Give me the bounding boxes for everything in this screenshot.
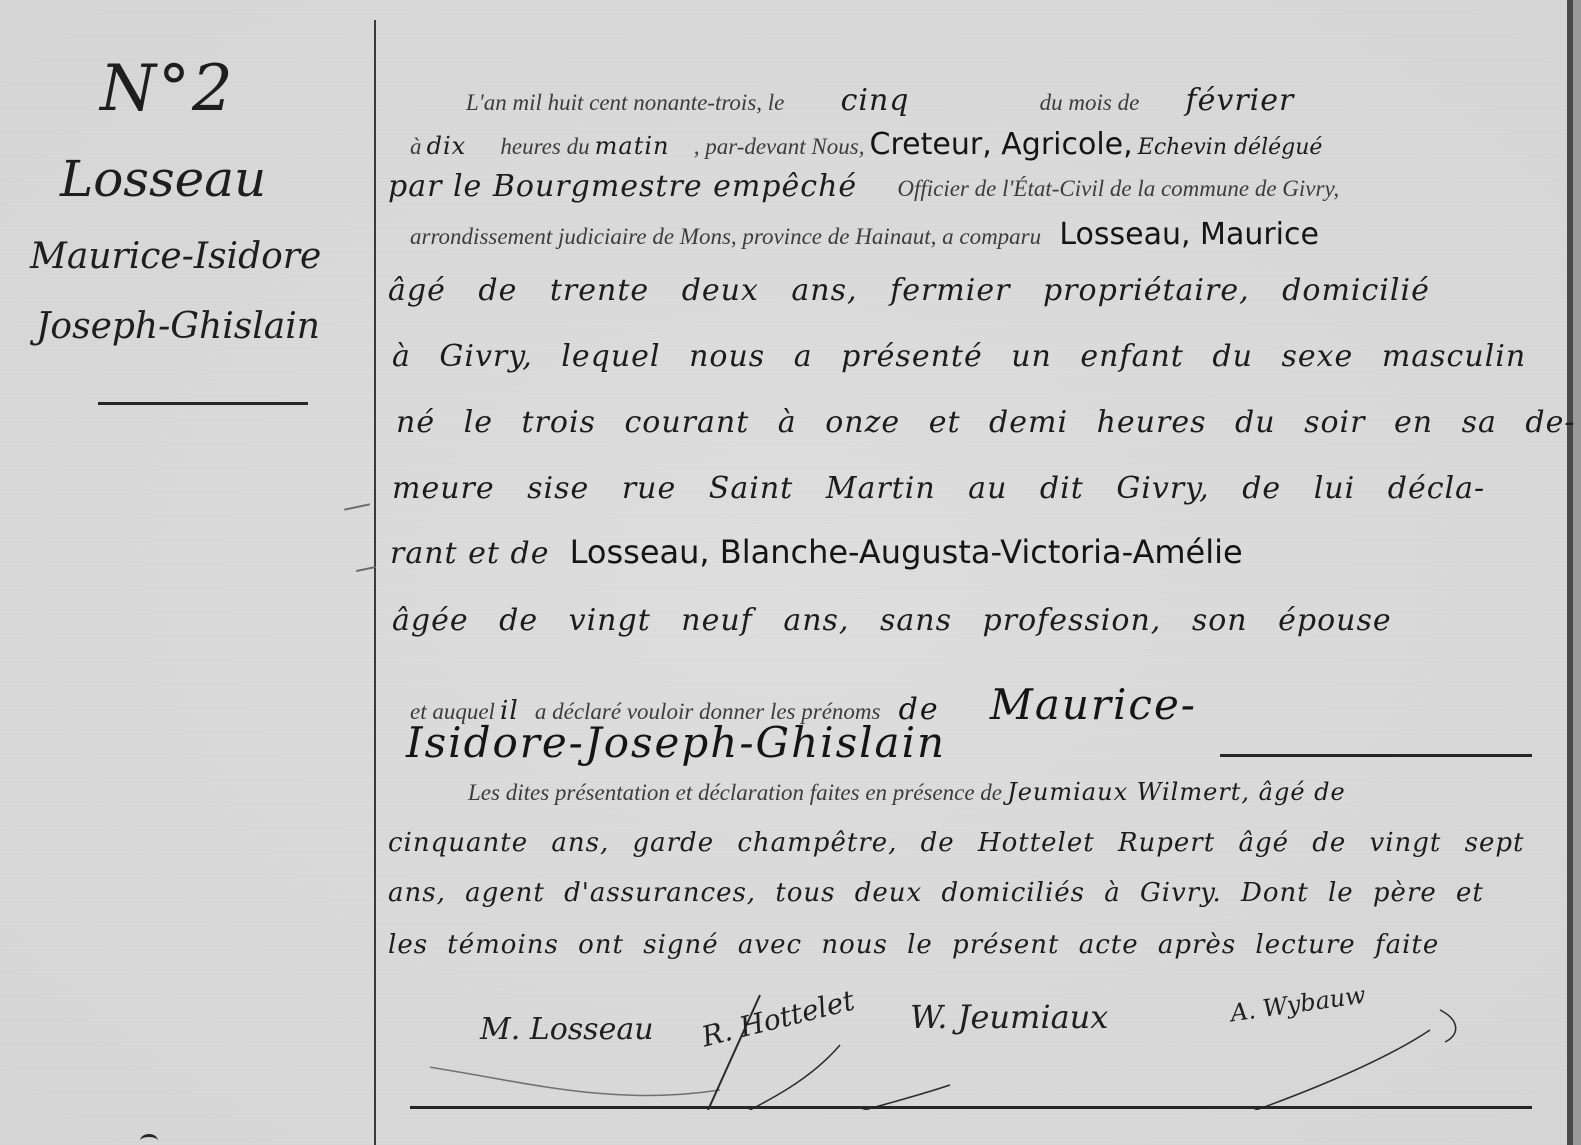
line-filler-mark — [344, 503, 370, 510]
handwritten-mother-name: Losseau, Blanche-Augusta-Victoria-Amélie — [570, 533, 1243, 571]
handwritten-hour: dix — [427, 132, 467, 160]
handwritten-witness-1: Jeumiaux Wilmert, âgé de — [1007, 778, 1346, 806]
margin-surname: Losseau — [60, 150, 266, 208]
body-line-5: âgé de trente deux ans, fermier propriét… — [388, 276, 1430, 306]
margin-underline — [98, 402, 308, 405]
register-page: N°2 Losseau Maurice-Isidore Joseph-Ghisl… — [0, 0, 1581, 1145]
margin-rule — [374, 20, 376, 1145]
margin-given-names-2: Joseph-Ghislain — [36, 306, 320, 347]
line-filler-mark — [356, 566, 376, 572]
record-end-rule — [410, 1106, 1532, 1109]
body-line-3: par le Bourgmestre empêché Officier de l… — [388, 172, 1339, 202]
handwritten-month: février — [1186, 83, 1295, 118]
entry-number: N°2 — [100, 52, 235, 126]
binding-shadow — [1573, 0, 1581, 1145]
body-line-8: meure sise rue Saint Martin au dit Givry… — [392, 474, 1485, 504]
child-given-name-1: Maurice- — [990, 680, 1197, 729]
body-line-16: les témoins ont signé avec nous le prése… — [388, 932, 1439, 958]
printed-text: à — [410, 134, 422, 159]
body-line-10: âgée de vingt neuf ans, sans profession,… — [392, 606, 1392, 636]
binding-edge — [1567, 0, 1573, 1145]
body-line-6: à Givry, lequel nous a présenté un enfan… — [392, 342, 1526, 372]
body-line-14: cinquante ans, garde champêtre, de Hotte… — [388, 830, 1524, 856]
handwritten-period: matin — [595, 132, 670, 160]
margin-given-names-1: Maurice-Isidore — [30, 236, 321, 277]
printed-text: , par-devant Nous, — [694, 134, 865, 159]
printed-text: Officier de l'État-Civil de la commune d… — [897, 176, 1339, 201]
signature-witness-jeumiaux: W. Jeumiaux — [910, 998, 1108, 1036]
printed-text: du mois de — [1040, 90, 1140, 115]
printed-text: arrondissement judiciaire de Mons, provi… — [410, 224, 1041, 249]
body-line-4: arrondissement judiciaire de Mons, provi… — [410, 220, 1319, 250]
body-line-13: Les dites présentation et déclaration fa… — [468, 780, 1346, 804]
handwritten-day: cinq — [841, 83, 910, 118]
child-given-name-2: Isidore-Joseph-Ghislain — [406, 722, 946, 764]
signature-father: M. Losseau — [480, 1012, 654, 1047]
signatures-area: M. Losseau R. Hottelet W. Jeumiaux A. Wy… — [430, 990, 1530, 1110]
handwritten-text: rant et de — [390, 536, 549, 571]
body-line-2: à dix heures du matin , par-devant Nous,… — [410, 130, 1322, 160]
printed-text: Les dites présentation et déclaration fa… — [468, 780, 1002, 805]
handwritten-text: par le Bourgmestre empêché — [388, 169, 857, 204]
body-line-1: L'an mil huit cent nonante-trois, le cin… — [466, 86, 1294, 116]
body-line-9: rant et de Losseau, Blanche-Augusta-Vict… — [390, 536, 1243, 569]
handwritten-declarant: Losseau, Maurice — [1059, 217, 1319, 252]
printed-text: heures du — [500, 134, 589, 159]
next-entry-mark — [140, 1134, 158, 1145]
handwritten-officer-name: Creteur, Agricole, — [870, 127, 1133, 162]
body-line-15: ans, agent d'assurances, tous deux domic… — [388, 880, 1484, 906]
name-end-rule — [1220, 754, 1532, 757]
printed-text: L'an mil huit cent nonante-trois, le — [466, 90, 784, 115]
handwritten-officer-title: Echevin délégué — [1138, 135, 1323, 160]
body-line-7: né le trois courant à onze et demi heure… — [396, 408, 1576, 438]
